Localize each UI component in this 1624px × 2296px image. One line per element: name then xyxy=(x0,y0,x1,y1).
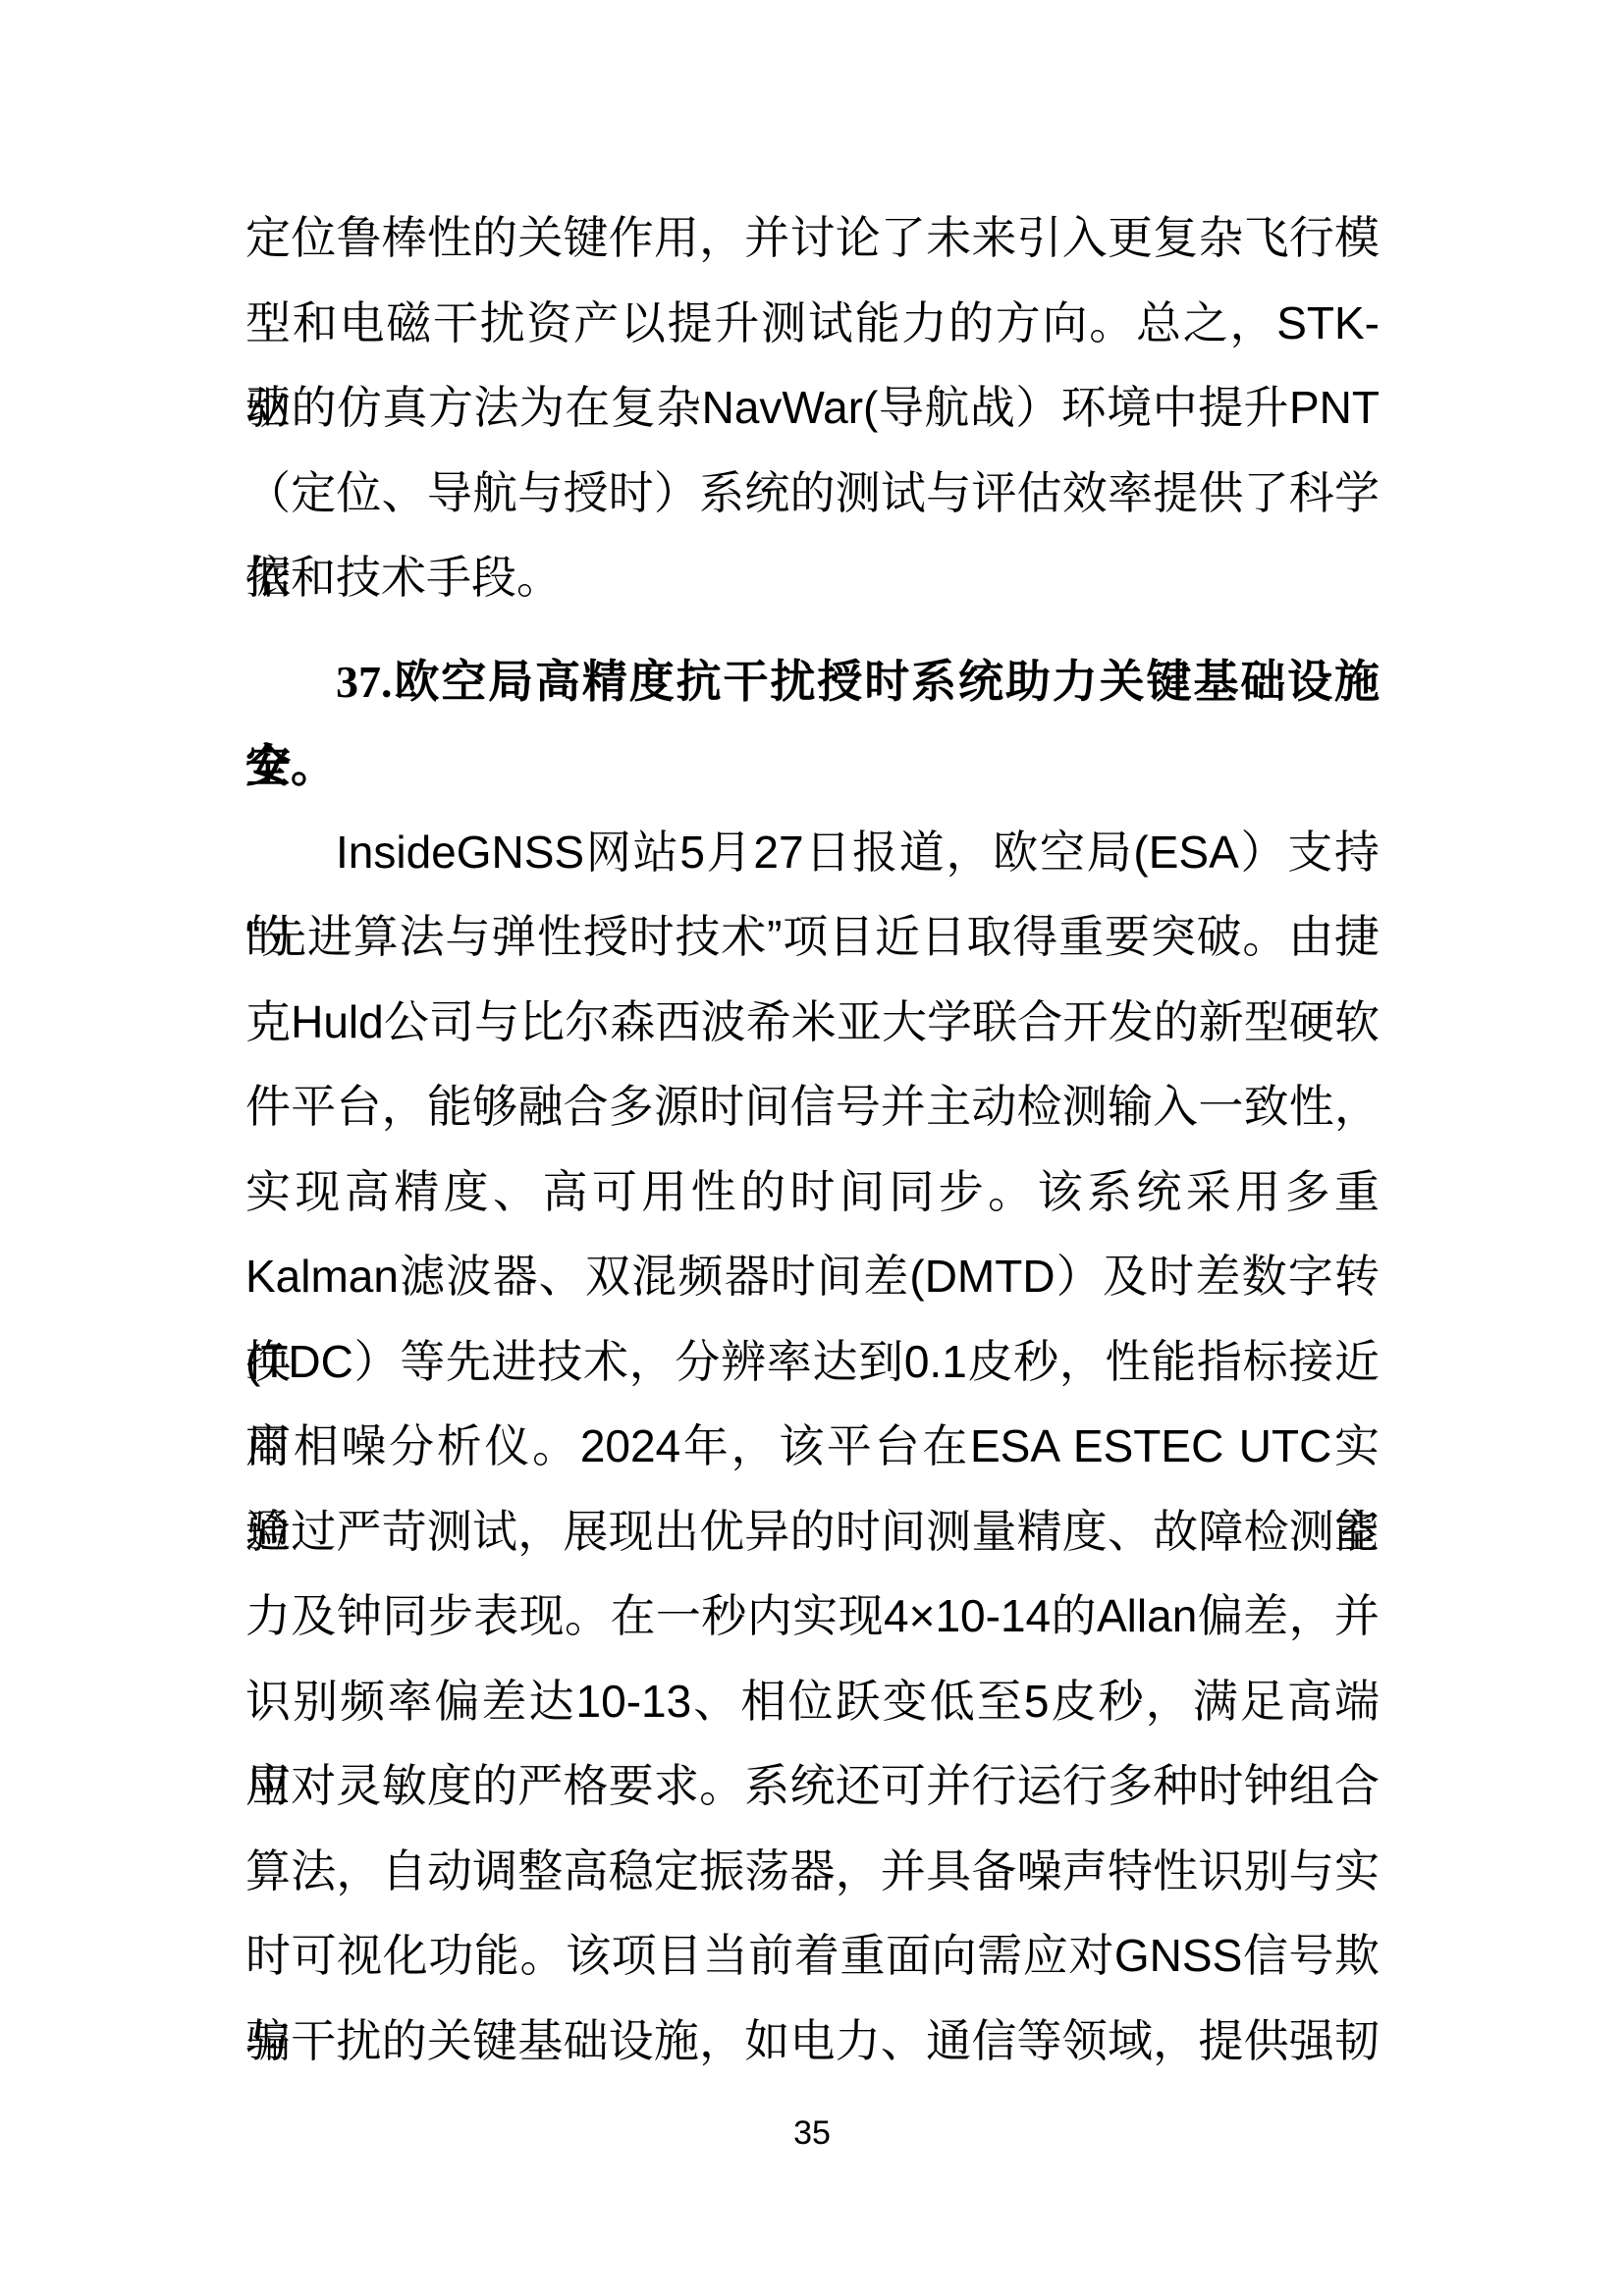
section-heading-line: 37.欧空局高精度抗干扰授时系统助力关键基础设施安 xyxy=(245,640,1380,725)
text-line: 时可视化功能。该项目当前着重面向需应对GNSS信号欺骗 xyxy=(245,1913,1380,1999)
text-line: 通过严苛测试，展现出优异的时间测量精度、故障检测能 xyxy=(245,1489,1380,1575)
text-line: 动的仿真方法为在复杂NavWar(导航战）环境中提升PNT xyxy=(245,365,1380,451)
section-heading-line: 全。 xyxy=(245,724,1380,810)
text-line: 实现高精度、高可用性的时间同步。该系统采用多重 xyxy=(245,1149,1380,1235)
text-line: （定位、导航与授时）系统的测试与评估效率提供了科学依 xyxy=(245,451,1380,536)
text-line: 算法，自动调整高稳定振荡器，并具备噪声特性识别与实 xyxy=(245,1829,1380,1914)
document-page: 定位鲁棒性的关键作用，并讨论了未来引入更复杂飞行模 型和电磁干扰资产以提升测试能… xyxy=(0,0,1624,2296)
text-line: 定位鲁棒性的关键作用，并讨论了未来引入更复杂飞行模 xyxy=(245,195,1380,281)
text-line: Kalman滤波器、双混频器时间差(DMTD）及时差数字转换 xyxy=(245,1234,1380,1319)
text-line: 识别频率偏差达10-13、相位跃变低至5皮秒，满足高端应 xyxy=(245,1659,1380,1744)
text-line: InsideGNSS网站5月27日报道，欧空局(ESA）支持的 xyxy=(245,810,1380,895)
text-line: 与干扰的关键基础设施，如电力、通信等领域，提供强韧 xyxy=(245,1999,1380,2084)
text-line: 用相噪分析仪。2024年，该平台在ESA ESTEC UTC实验室 xyxy=(245,1404,1380,1489)
text-line: 型和电磁干扰资产以提升测试能力的方向。总之，STK-驱 xyxy=(245,281,1380,366)
text-line: “先进算法与弹性授时技术”项目近日取得重要突破。由捷 xyxy=(245,894,1380,980)
text-line: 件平台，能够融合多源时间信号并主动检测输入一致性， xyxy=(245,1064,1380,1149)
text-line: 据和技术手段。 xyxy=(245,535,1380,620)
text-line: 用对灵敏度的严格要求。系统还可并行运行多种时钟组合 xyxy=(245,1743,1380,1829)
page-number: 35 xyxy=(0,2116,1624,2150)
text-block: 定位鲁棒性的关键作用，并讨论了未来引入更复杂飞行模 型和电磁干扰资产以提升测试能… xyxy=(245,195,1380,2083)
text-line: 克Huld公司与比尔森西波希米亚大学联合开发的新型硬软 xyxy=(245,980,1380,1065)
text-line: 力及钟同步表现。在一秒内实现4×10-14的Allan偏差，并 xyxy=(245,1574,1380,1659)
text-line: (TDC）等先进技术，分辨率达到0.1皮秒，性能指标接近商 xyxy=(245,1319,1380,1405)
